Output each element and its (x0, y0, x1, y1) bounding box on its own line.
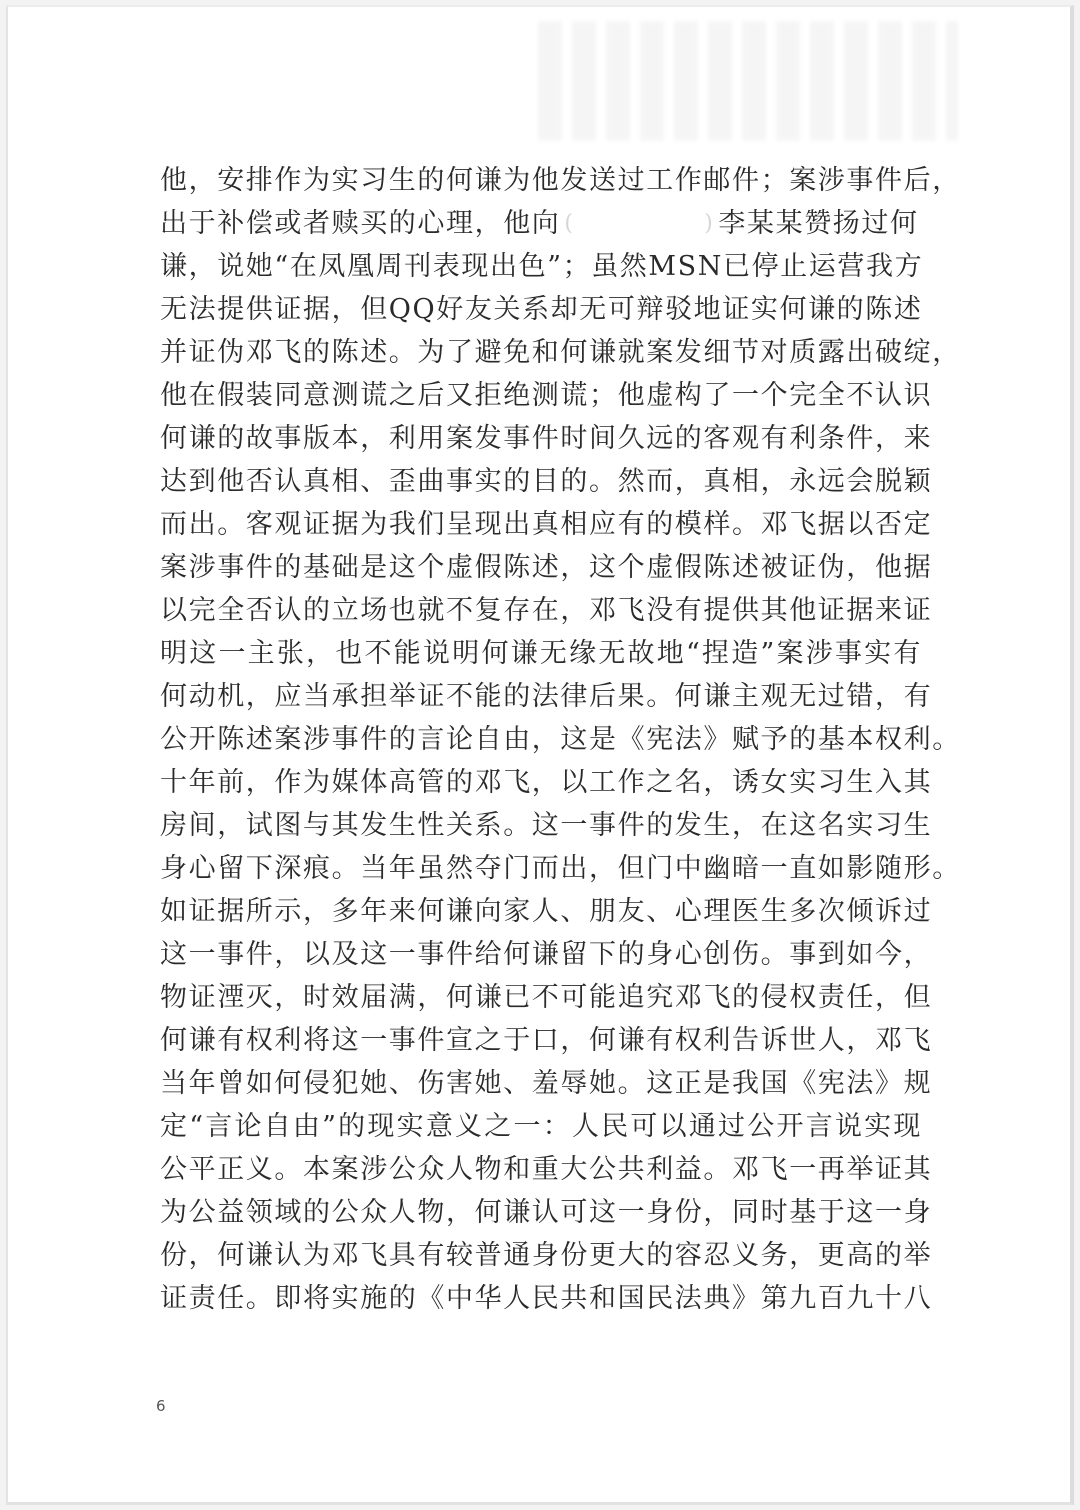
text-line: 并证伪邓飞的陈述。为了避免和何谦就案发细节对质露出破绽， (160, 331, 922, 374)
text-line: 何谦有权利将这一事件宣之于口，何谦有权利告诉世人，邓飞 (160, 1019, 922, 1062)
text-line: 份，何谦认为邓飞具有较普通身份更大的容忍义务，更高的举 (160, 1234, 922, 1277)
text-line: 公平正义。本案涉公众人物和重大公共利益。邓飞一再举证其 (160, 1148, 922, 1191)
text-line: 为公益领域的公众人物，何谦认可这一身份，同时基于这一身 (160, 1191, 922, 1234)
text-line: 定“言论自由”的现实意义之一：人民可以通过公开言说实现 (160, 1105, 922, 1148)
text-line-redacted: 出于补偿或者赎买的心理，他向 李某某赞扬过何 (160, 202, 922, 245)
text-line: 何动机，应当承担举证不能的法律后果。何谦主观无过错，有 (160, 675, 922, 718)
text-segment: 李某某赞扬过何 (718, 202, 918, 245)
text-line: 房间，试图与其发生性关系。这一事件的发生，在这名实习生 (160, 804, 922, 847)
text-line: 当年曾如何侵犯她、伤害她、羞辱她。这正是我国《宪法》规 (160, 1062, 922, 1105)
text-line: 谦，说她“在凤凰周刊表现出色”；虽然MSN已停止运营我方 (160, 245, 922, 288)
text-line: 公开陈述案涉事件的言论自由，这是《宪法》赋予的基本权利。 (160, 718, 922, 761)
page-number: 6 (156, 1397, 166, 1415)
text-line: 他在假装同意测谎之后又拒绝测谎；他虚构了一个完全不认识 (160, 374, 922, 417)
text-line: 以完全否认的立场也就不复存在，邓飞没有提供其他证据来证 (160, 589, 922, 632)
text-segment: 出于补偿或者赎买的心理，他向 (160, 202, 560, 245)
scan-show-through (538, 21, 958, 141)
text-line: 如证据所示，多年来何谦向家人、朋友、心理医生多次倾诉过 (160, 890, 922, 933)
text-line: 这一事件，以及这一事件给何谦留下的身心创伤。事到如今， (160, 933, 922, 976)
text-line: 他，安排作为实习生的何谦为他发送过工作邮件；案涉事件后， (160, 159, 922, 202)
text-line: 身心留下深痕。当年虽然夺门而出，但门中幽暗一直如影随形。 (160, 847, 922, 890)
document-page: 他，安排作为实习生的何谦为他发送过工作邮件；案涉事件后， 出于补偿或者赎买的心理… (6, 5, 1074, 1505)
redaction-box (564, 209, 714, 239)
text-line: 何谦的故事版本，利用案发事件时间久远的客观有利条件，来 (160, 417, 922, 460)
document-body: 他，安排作为实习生的何谦为他发送过工作邮件；案涉事件后， 出于补偿或者赎买的心理… (160, 159, 922, 1320)
text-line: 而出。客观证据为我们呈现出真相应有的模样。邓飞据以否定 (160, 503, 922, 546)
text-line: 物证湮灭，时效届满，何谦已不可能追究邓飞的侵权责任，但 (160, 976, 922, 1019)
text-line: 证责任。即将实施的《中华人民共和国民法典》第九百九十八 (160, 1277, 922, 1320)
text-line: 明这一主张，也不能说明何谦无缘无故地“捏造”案涉事实有 (160, 632, 922, 675)
text-line: 十年前，作为媒体高管的邓飞，以工作之名，诱女实习生入其 (160, 761, 922, 804)
text-line: 无法提供证据，但QQ好友关系却无可辩驳地证实何谦的陈述 (160, 288, 922, 331)
text-line: 案涉事件的基础是这个虚假陈述，这个虚假陈述被证伪，他据 (160, 546, 922, 589)
text-line: 达到他否认真相、歪曲事实的目的。然而，真相，永远会脱颖 (160, 460, 922, 503)
